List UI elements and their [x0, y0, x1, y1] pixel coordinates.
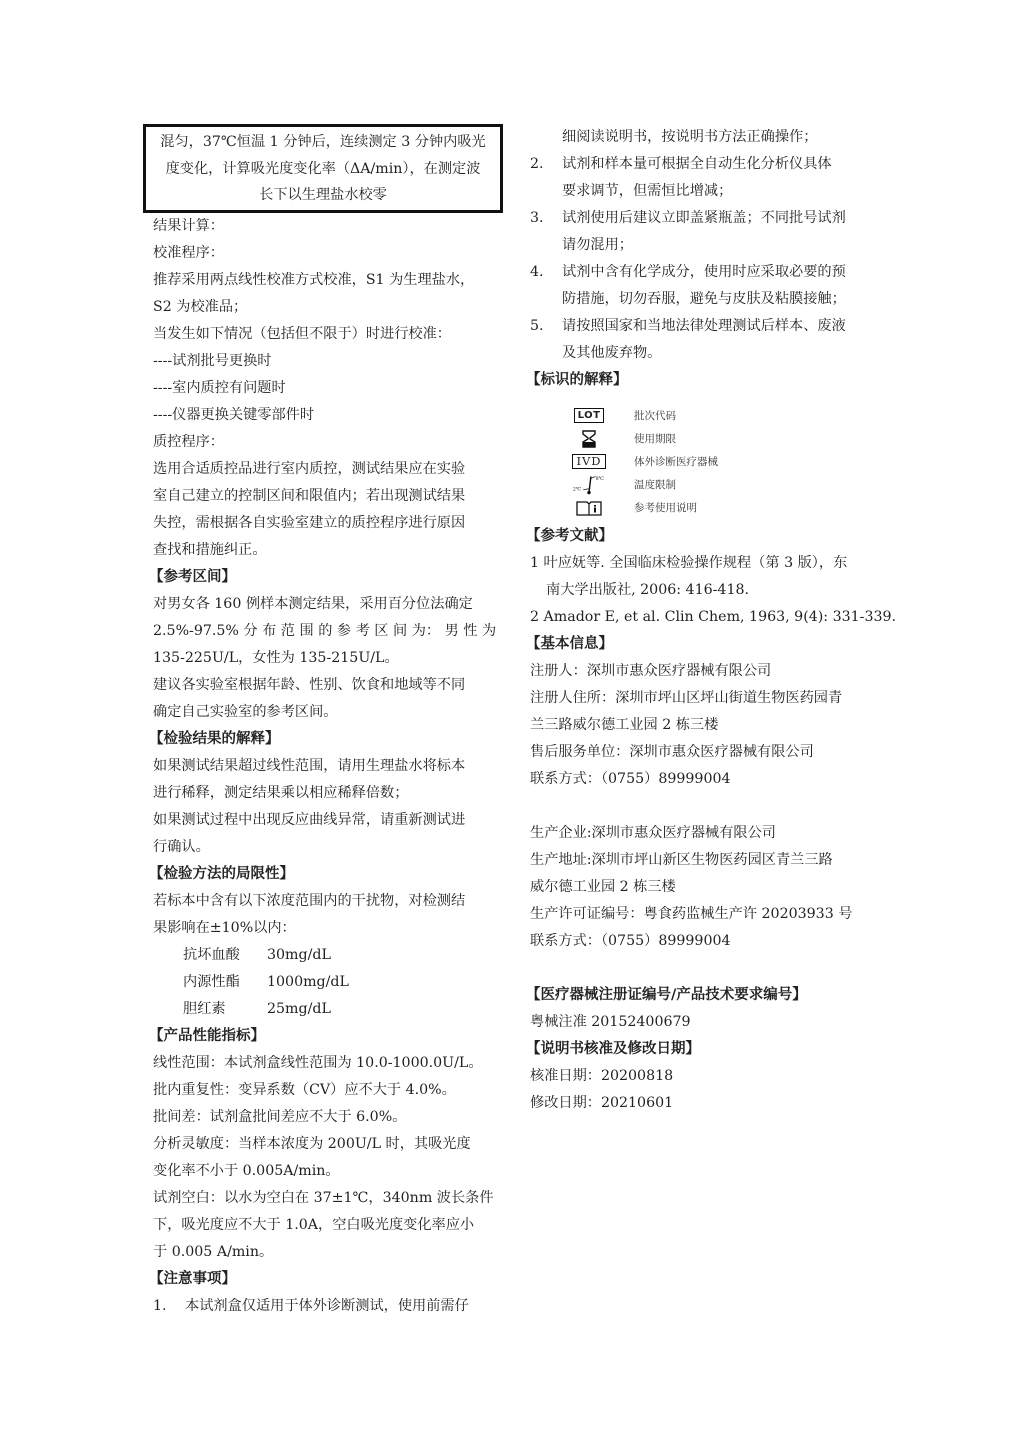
precaution-text: 请勿混用； [530, 232, 875, 259]
calibration-line: ----仪器更换关键零部件时 [153, 402, 503, 429]
calibration-line: S2 为校准品； [153, 294, 503, 321]
performance-heading: 【产品性能指标】 [149, 1023, 503, 1050]
interpretation-line: 行确认。 [153, 834, 503, 861]
left-column: 混匀，37℃恒温 1 分钟后，连续测定 3 分钟内吸光 度变化，计算吸光度变化率… [143, 124, 503, 1320]
ref-range-line: 2.5%-97.5% 分 布 范 围 的 参 考 区 间 为： 男 性 为 [153, 618, 503, 645]
performance-line: 下，吸光度应不大于 1.0A，空白吸光度变化率应小 [153, 1212, 503, 1239]
box-line: 长下以生理盐水校零 [152, 182, 494, 209]
interferent-value: 25mg/dL [267, 996, 331, 1023]
revision-date: 修改日期：20210601 [530, 1090, 875, 1117]
qc-line: 室自己建立的控制区间和限值内；若出现测试结果 [153, 483, 503, 510]
qc-title: 质控程序： [153, 429, 503, 456]
precaution-item: 2.试剂和样本量可根据全自动生化分析仪具体 要求调节，但需恒比增减； [530, 151, 875, 205]
precautions-heading: 【注意事项】 [149, 1266, 503, 1293]
box-line: 混匀，37℃恒温 1 分钟后，连续测定 3 分钟内吸光 [152, 129, 494, 156]
precaution-item: 5.请按照国家和当地法律处理测试后样本、废液 及其他废弃物。 [530, 313, 875, 367]
interferent-name: 胆红素 [183, 996, 267, 1023]
calibration-line: 推荐采用两点线性校准方式校准，S1 为生理盐水， [153, 267, 503, 294]
precaution-item: 4.试剂中含有化学成分，使用时应采取必要的预 防措施，切勿吞服，避免与皮肤及粘膜… [530, 259, 875, 313]
precaution-item: 3.试剂使用后建议立即盖紧瓶盖；不同批号试剂 请勿混用； [530, 205, 875, 259]
production-license: 生产许可证编号：粤食药监械生产许 20203933 号 [530, 901, 875, 928]
right-column: 细阅读说明书，按说明书方法正确操作； 2.试剂和样本量可根据全自动生化分析仪具体… [530, 124, 875, 1117]
ref-range-heading: 【参考区间】 [149, 564, 503, 591]
svg-text:8℃: 8℃ [596, 476, 605, 482]
precaution-number: 4. [530, 259, 562, 286]
symbol-label: 使用期限 [634, 431, 676, 446]
symbols-legend: LOT 批次代码 使用期限 IVD 体外诊断医疗器械 8℃ 2℃ [530, 394, 875, 523]
manual-icon [570, 499, 608, 517]
precaution-item: 1. 本试剂盒仅适用于体外诊断测试，使用前需仔 [153, 1293, 503, 1320]
symbol-label: 温度限制 [634, 477, 676, 492]
svg-text:2℃: 2℃ [573, 486, 582, 492]
limitations-line: 若标本中含有以下浓度范围内的干扰物，对检测结 [153, 888, 503, 915]
manufacturer-address: 生产地址:深圳市坪山新区生物医药园区青兰三路 [530, 847, 875, 874]
reference-item: 1 叶应妩等. 全国临床检验操作规程（第 3 版），东 [530, 550, 875, 577]
calibration-line: ----室内质控有问题时 [153, 375, 503, 402]
precaution-text: 本试剂盒仅适用于体外诊断测试，使用前需仔 [185, 1293, 503, 1320]
ref-range-line: 对男女各 160 例样本测定结果，采用百分位法确定 [153, 591, 503, 618]
symbol-row: 参考使用说明 [570, 496, 875, 519]
symbol-label: 参考使用说明 [634, 500, 697, 515]
ref-range-line: 建议各实验室根据年龄、性别、饮食和地域等不同 [153, 672, 503, 699]
manufacturer-address-cont: 威尔德工业园 2 栋三楼 [530, 874, 875, 901]
precaution-text: 试剂使用后建议立即盖紧瓶盖；不同批号试剂 [562, 205, 875, 232]
reference-item: 2 Amador E, et al. Clin Chem, 1963, 9(4)… [530, 604, 875, 631]
symbol-row: 8℃ 2℃ 温度限制 [570, 473, 875, 496]
interferent-row: 胆红素 25mg/dL [153, 996, 503, 1023]
precaution-text: 及其他废弃物。 [530, 340, 875, 367]
basic-info-heading: 【基本信息】 [526, 631, 875, 658]
qc-line: 查找和措施纠正。 [153, 537, 503, 564]
lot-icon: LOT [570, 407, 608, 425]
performance-line: 线性范围：本试剂盒线性范围为 10.0-1000.0U/L。 [153, 1050, 503, 1077]
calibration-title: 校准程序： [153, 240, 503, 267]
registrant-address-cont: 兰三路威尔德工业园 2 栋三楼 [530, 712, 875, 739]
precaution-number: 5. [530, 313, 562, 340]
reference-item-cont: 南大学出版社, 2006: 416-418. [530, 577, 875, 604]
calibration-line: 当发生如下情况（包括但不限于）时进行校准： [153, 321, 503, 348]
ref-range-line: 确定自己实验室的参考区间。 [153, 699, 503, 726]
manufacturer: 生产企业:深圳市惠众医疗器械有限公司 [530, 820, 875, 847]
symbols-heading: 【标识的解释】 [526, 367, 875, 394]
interpretation-line: 进行稀释，测定结果乘以相应稀释倍数； [153, 780, 503, 807]
precaution-continuation: 细阅读说明书，按说明书方法正确操作； [530, 124, 875, 151]
precaution-text: 请按照国家和当地法律处理测试后样本、废液 [562, 313, 875, 340]
qc-line: 选用合适质控品进行室内质控，测试结果应在实验 [153, 456, 503, 483]
precaution-number: 3. [530, 205, 562, 232]
symbol-row: 使用期限 [570, 427, 875, 450]
registration-number: 粤械注准 20152400679 [530, 1009, 875, 1036]
precaution-text: 试剂中含有化学成分，使用时应采取必要的预 [562, 259, 875, 286]
ivd-icon: IVD [570, 453, 608, 471]
dates-heading: 【说明书核准及修改日期】 [526, 1036, 875, 1063]
qc-line: 失控，需根据各自实验室建立的质控程序进行原因 [153, 510, 503, 537]
thermometer-icon: 8℃ 2℃ [570, 476, 608, 494]
approval-date: 核准日期：20200818 [530, 1063, 875, 1090]
interferent-name: 内源性酯 [183, 969, 267, 996]
references-heading: 【参考文献】 [526, 523, 875, 550]
interferent-value: 30mg/dL [267, 942, 331, 969]
interferent-value: 1000mg/dL [267, 969, 349, 996]
performance-line: 批间差：试剂盒批间差应不大于 6.0%。 [153, 1104, 503, 1131]
limitations-line: 果影响在±10%以内： [153, 915, 503, 942]
ref-range-line: 135-225U/L，女性为 135-215U/L。 [153, 645, 503, 672]
performance-line: 变化率不小于 0.005A/min。 [153, 1158, 503, 1185]
symbol-label: 体外诊断医疗器械 [634, 454, 718, 469]
interpretation-heading: 【检验结果的解释】 [149, 726, 503, 753]
interferent-row: 内源性酯 1000mg/dL [153, 969, 503, 996]
manufacturer-contact: 联系方式：（0755）89999004 [530, 928, 875, 955]
contact: 联系方式：（0755）89999004 [530, 766, 875, 793]
after-sales: 售后服务单位：深圳市惠众医疗器械有限公司 [530, 739, 875, 766]
performance-line: 批内重复性：变异系数（CV）应不大于 4.0%。 [153, 1077, 503, 1104]
precaution-text: 防措施，切勿吞服，避免与皮肤及粘膜接触； [530, 286, 875, 313]
symbol-row: LOT 批次代码 [570, 404, 875, 427]
interferent-row: 抗坏血酸 30mg/dL [153, 942, 503, 969]
registrant-address: 注册人住所：深圳市坪山区坪山街道生物医药园青 [530, 685, 875, 712]
registrant: 注册人：深圳市惠众医疗器械有限公司 [530, 658, 875, 685]
hourglass-icon [570, 430, 608, 448]
precaution-number: 2. [530, 151, 562, 178]
registration-heading: 【医疗器械注册证编号/产品技术要求编号】 [526, 982, 875, 1009]
performance-line: 试剂空白：以水为空白在 37±1℃，340nm 波长条件 [153, 1185, 503, 1212]
precaution-text: 要求调节，但需恒比增减； [530, 178, 875, 205]
performance-line: 分析灵敏度：当样本浓度为 200U/L 时，其吸光度 [153, 1131, 503, 1158]
performance-line: 于 0.005 A/min。 [153, 1239, 503, 1266]
interferent-name: 抗坏血酸 [183, 942, 267, 969]
box-line: 度变化，计算吸光度变化率（ΔA/min），在测定波 [152, 156, 494, 183]
calibration-line: ----试剂批号更换时 [153, 348, 503, 375]
symbol-label: 批次代码 [634, 408, 676, 423]
interpretation-line: 如果测试过程中出现反应曲线异常，请重新测试进 [153, 807, 503, 834]
interpretation-line: 如果测试结果超过线性范围，请用生理盐水将标本 [153, 753, 503, 780]
procedure-box: 混匀，37℃恒温 1 分钟后，连续测定 3 分钟内吸光 度变化，计算吸光度变化率… [143, 124, 503, 213]
precaution-number: 1. [153, 1293, 185, 1320]
symbol-row: IVD 体外诊断医疗器械 [570, 450, 875, 473]
limitations-heading: 【检验方法的局限性】 [149, 861, 503, 888]
result-calc-label: 结果计算： [153, 213, 503, 240]
precaution-text: 试剂和样本量可根据全自动生化分析仪具体 [562, 151, 875, 178]
